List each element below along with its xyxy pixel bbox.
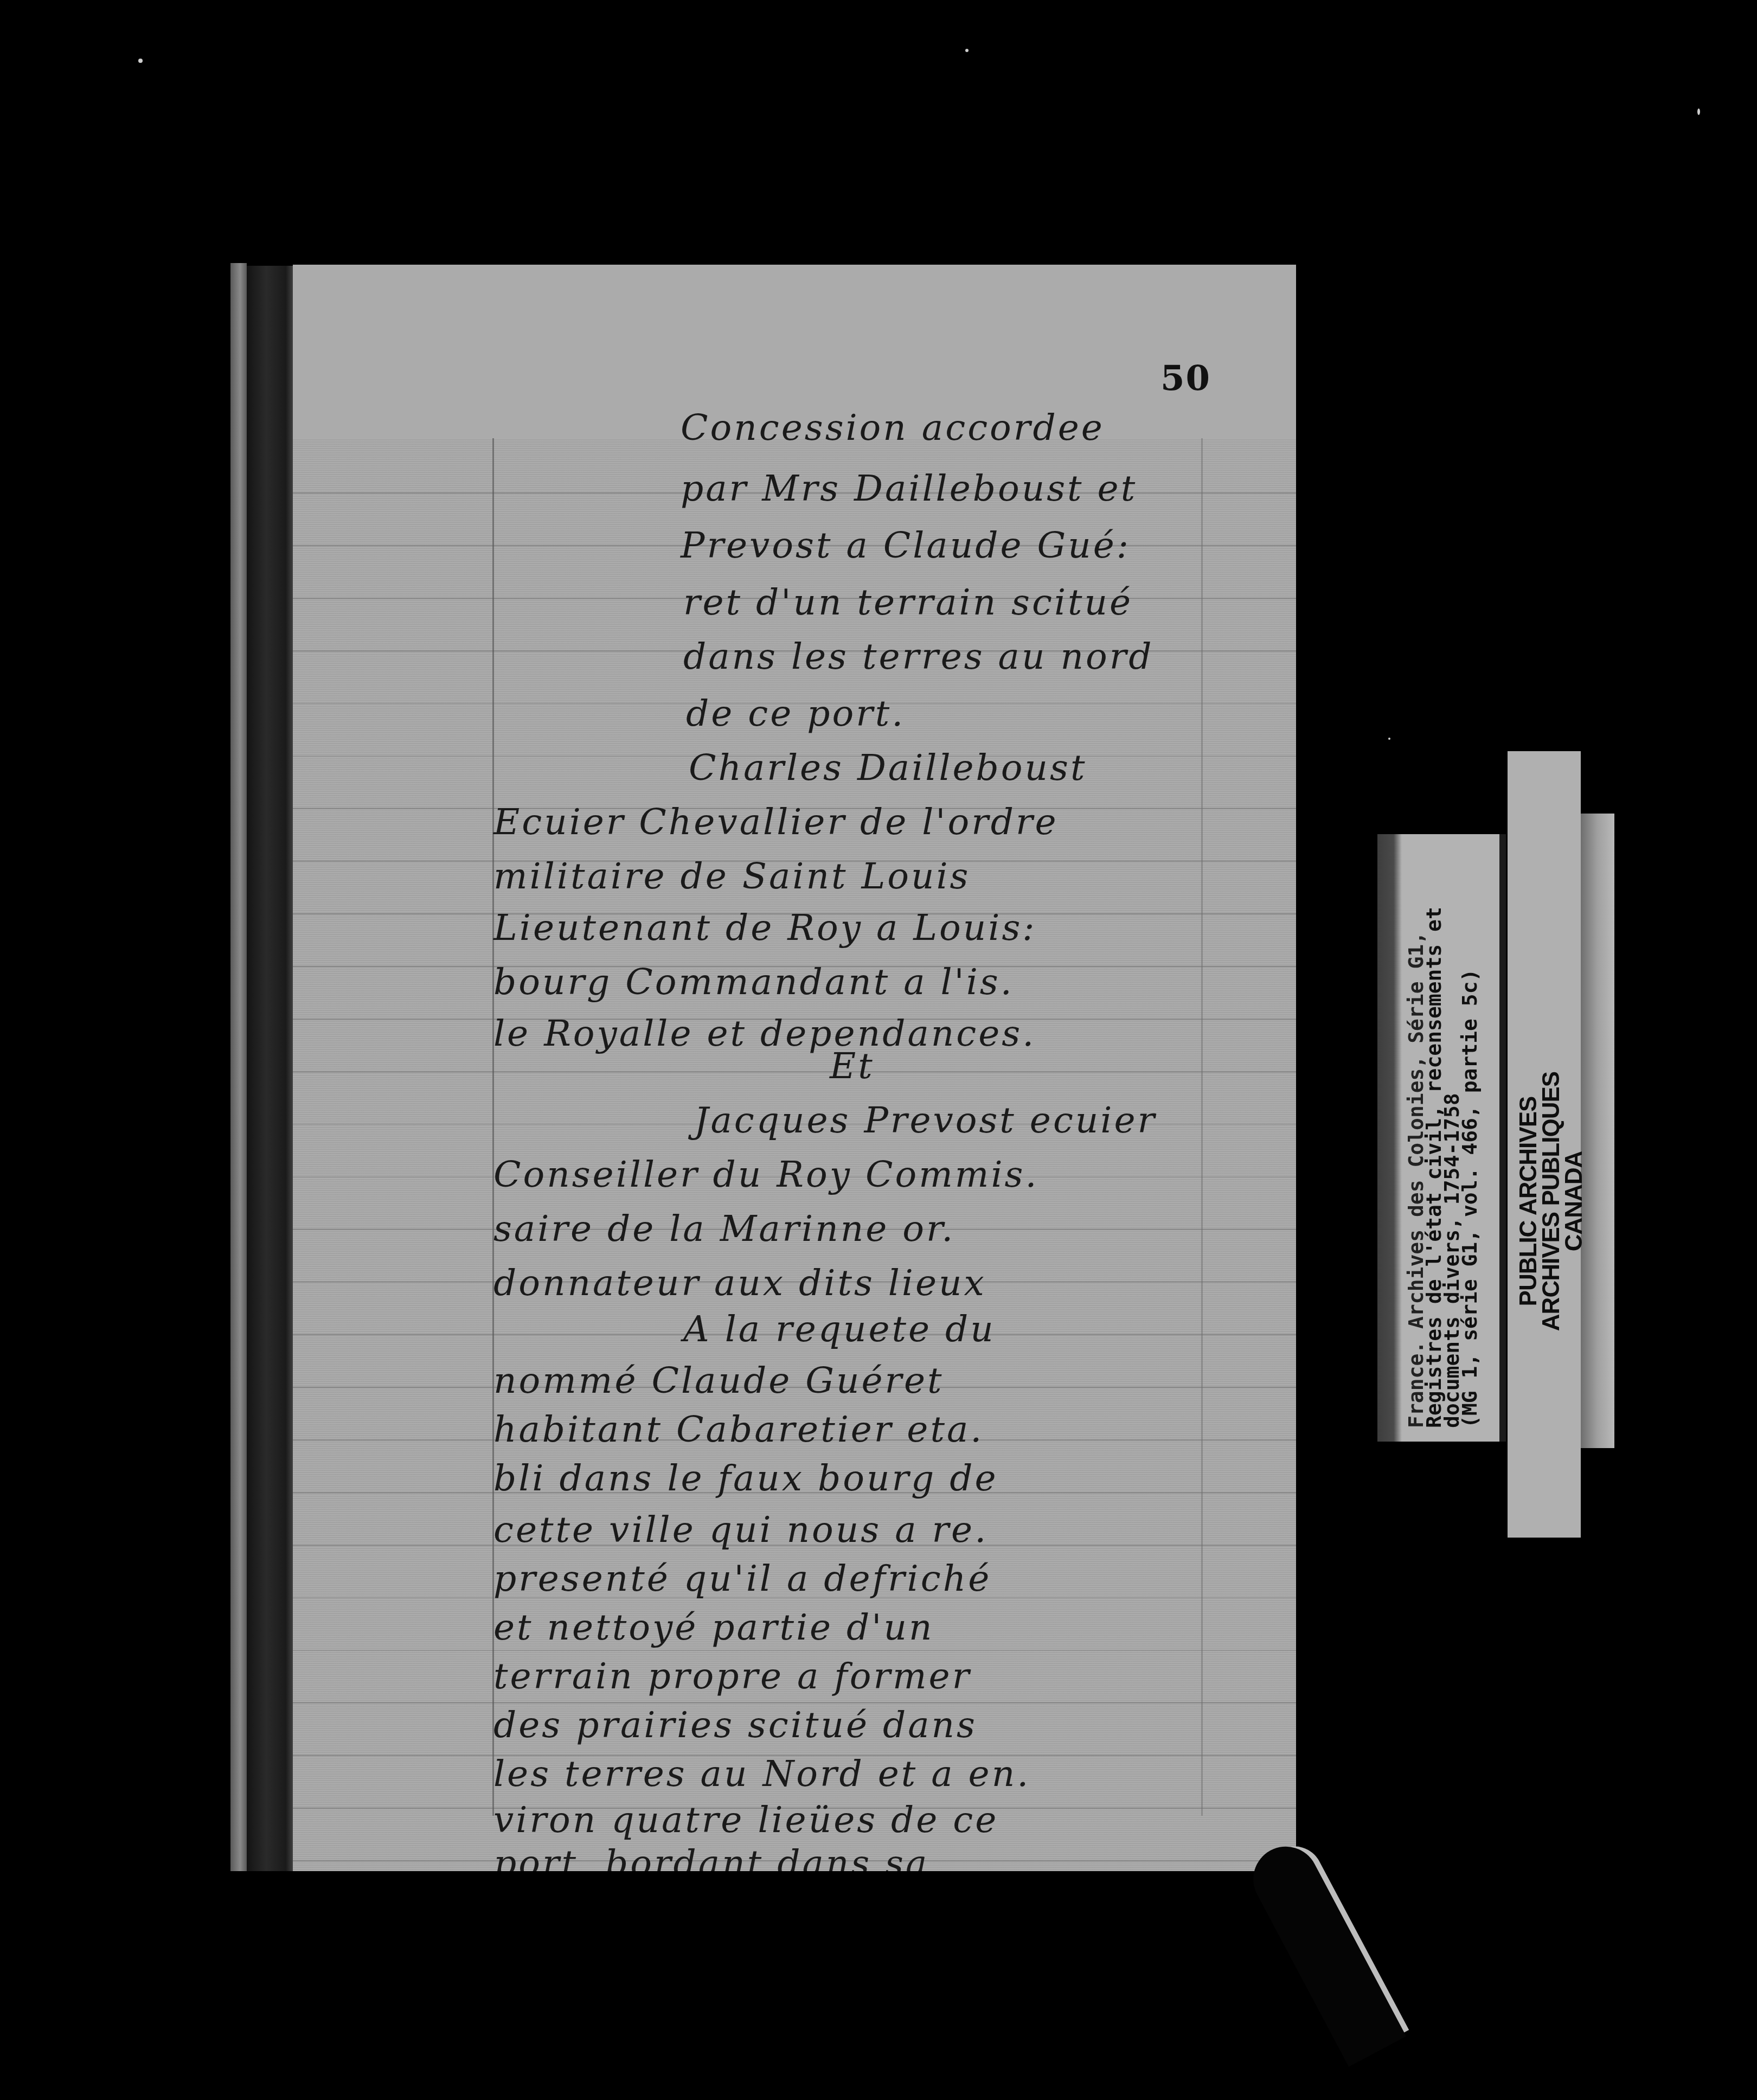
body-line: port, bordant dans sa: [493, 1846, 929, 1871]
body-line: Jacques Prevost ecuier: [694, 1103, 1157, 1138]
heading-line: Concession accordee: [681, 410, 1105, 446]
heading-line: dans les terres au nord: [683, 639, 1153, 675]
body-line: les terres au Nord et a en.: [493, 1756, 1030, 1792]
film-speck: [1388, 738, 1390, 740]
body-line: habitant Cabaretier eta.: [493, 1412, 984, 1448]
body-line: presenté qu'il a defriché: [493, 1561, 991, 1597]
label-slip-back: [1581, 814, 1614, 1448]
body-line: terrain propre a former: [493, 1659, 971, 1694]
body-line: saire de la Marinne or.: [493, 1211, 955, 1247]
heading-line: par Mrs Dailleboust et: [681, 471, 1137, 507]
page-number: 50: [1160, 358, 1211, 399]
body-line: le Royalle et dependances.: [493, 1016, 1036, 1052]
body-line: des prairies scitué dans: [493, 1707, 977, 1743]
film-speck: [1697, 108, 1700, 115]
pen-tip: [1242, 1835, 1406, 2067]
body-line: Ecuier Chevallier de l'ordre: [493, 804, 1059, 840]
archives-stamp-line: CANADA: [1563, 1066, 1586, 1337]
archives-stamp-line: ARCHIVES PUBLIQUES: [1540, 1066, 1563, 1337]
reference-label-slip: France. Archives des Colonies, Série G1,…: [1377, 834, 1499, 1442]
body-line: nommé Claude Guéret: [493, 1363, 944, 1399]
archives-stamp-slip: PUBLIC ARCHIVES ARCHIVES PUBLIQUES CANAD…: [1508, 751, 1581, 1538]
book-binding-edge: [230, 263, 247, 1871]
film-speck: [138, 59, 143, 63]
body-line: Charles Dailleboust: [689, 750, 1087, 786]
body-line: bli dans le faux bourg de: [493, 1461, 998, 1496]
book-gutter-shadow: [247, 266, 296, 1871]
heading-line: ret d'un terrain scitué: [683, 585, 1133, 620]
body-line: Conseiller du Roy Commis.: [493, 1157, 1038, 1193]
heading-line: de ce port.: [686, 696, 905, 732]
body-line: militaire de Saint Louis: [493, 859, 971, 894]
reference-label-text: France. Archives des Colonies, Série G1,…: [1407, 907, 1479, 1428]
archives-stamp-text: PUBLIC ARCHIVES ARCHIVES PUBLIQUES CANAD…: [1517, 1066, 1586, 1337]
heading-line: Prevost a Claude Gué:: [681, 528, 1131, 564]
archives-stamp-line: PUBLIC ARCHIVES: [1517, 1066, 1540, 1337]
body-line: Lieutenant de Roy a Louis:: [493, 910, 1037, 946]
reference-line: (MG 1, série G1, vol. 466, partie 5c): [1461, 907, 1479, 1428]
body-line: viron quatre lieües de ce: [493, 1802, 998, 1838]
right-margin-rule: [1201, 438, 1203, 1816]
body-line: et nettoyé partie d'un: [493, 1610, 934, 1646]
body-line: A la requete du: [683, 1311, 996, 1347]
body-line: bourg Commandant a l'is.: [493, 964, 1014, 1000]
body-line: donnateur aux dits lieux: [493, 1265, 986, 1301]
film-speck: [965, 49, 969, 52]
label-slip-edge: [1499, 834, 1506, 1442]
body-line: Et: [830, 1048, 875, 1084]
register-page: 50 Concession accordee par Mrs Daillebou…: [293, 265, 1296, 1871]
body-line: cette ville qui nous a re.: [493, 1512, 988, 1548]
